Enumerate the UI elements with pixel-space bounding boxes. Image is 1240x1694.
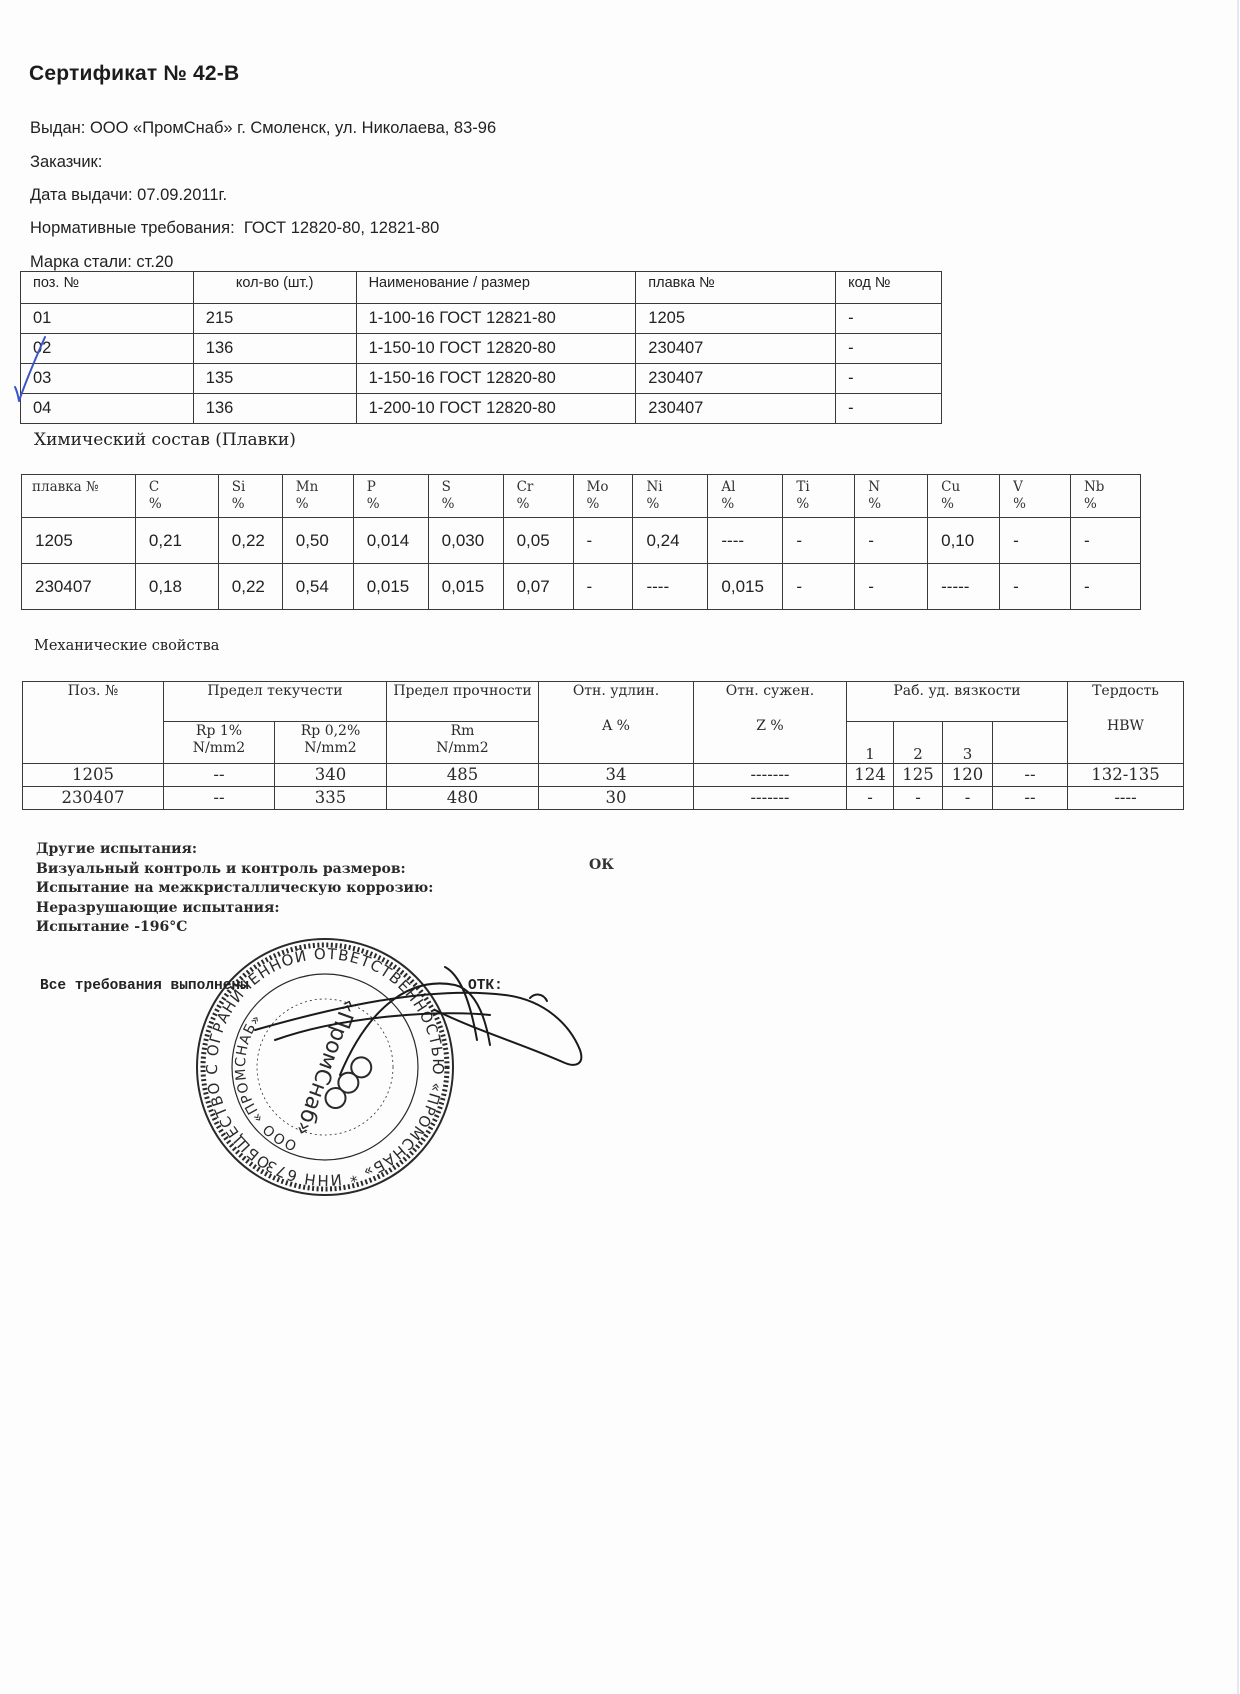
positions-table: поз. №кол-во (шт.)Наименование / размерп… <box>20 271 942 424</box>
chemistry-column-header: P% <box>353 475 428 518</box>
chemistry-column-header: Cu% <box>928 475 1000 518</box>
positions-cell: 1-100-16 ГОСТ 12821-80 <box>356 304 636 334</box>
visual-inspection: Визуальный контроль и контроль размеров: <box>36 860 433 880</box>
mechanical-table: Поз. № Предел текучести Предел прочности… <box>22 681 1184 810</box>
mechanical-cell: 124 <box>847 764 894 787</box>
chemistry-cell: 0,21 <box>135 518 218 564</box>
chemistry-cell: 0,014 <box>353 518 428 564</box>
chemistry-row: 2304070,180,220,540,0150,0150,07-----0,0… <box>22 564 1141 610</box>
visual-result: ОК <box>589 857 614 873</box>
chemistry-column-header: N% <box>855 475 928 518</box>
chemistry-cell: - <box>855 518 928 564</box>
header-pos: Поз. № <box>23 682 164 764</box>
mechanical-cell: - <box>894 787 943 810</box>
chemistry-row: 12050,210,220,500,0140,0300,05-0,24-----… <box>22 518 1141 564</box>
certificate-title: Сертификат № 42-В <box>29 62 239 86</box>
mechanical-cell: 132-135 <box>1068 764 1184 787</box>
positions-cell: 1205 <box>636 304 836 334</box>
header-rp1: Rp 1%N/mm2 <box>164 722 275 764</box>
header-impact-4 <box>993 722 1068 764</box>
positions-cell: - <box>836 364 942 394</box>
chemistry-column-header: Cr% <box>503 475 573 518</box>
positions-row: 041361-200-10 ГОСТ 12820-80230407- <box>21 394 942 424</box>
chemistry-cell: - <box>1070 518 1140 564</box>
positions-cell: 1-200-10 ГОСТ 12820-80 <box>356 394 636 424</box>
chemistry-title: Химический состав (Плавки) <box>34 430 296 450</box>
mechanical-cell: - <box>943 787 993 810</box>
positions-cell: 215 <box>193 304 356 334</box>
chemistry-cell: 0,015 <box>708 564 783 610</box>
header-impact-1: 1 <box>847 722 894 764</box>
scan-edge <box>1237 0 1239 1694</box>
mechanical-cell: -- <box>993 764 1068 787</box>
chemistry-cell: 0,10 <box>928 518 1000 564</box>
chemistry-cell: - <box>573 518 633 564</box>
corrosion-test: Испытание на межкристаллическую коррозию… <box>36 879 433 899</box>
chemistry-column-header: плавка № <box>22 475 136 518</box>
positions-row: 031351-150-16 ГОСТ 12820-80230407- <box>21 364 942 394</box>
mechanical-cell: -- <box>993 787 1068 810</box>
positions-cell: 136 <box>193 334 356 364</box>
header-tensile: Предел прочности <box>387 682 539 722</box>
header-rm: RmN/mm2 <box>387 722 539 764</box>
chemistry-cell: 0,54 <box>282 564 353 610</box>
header-impact-2: 2 <box>894 722 943 764</box>
chemistry-cell: - <box>1070 564 1140 610</box>
header-yield: Предел текучести <box>164 682 387 722</box>
mechanical-cell: 30 <box>539 787 694 810</box>
chemistry-cell: ---- <box>708 518 783 564</box>
mechanical-title: Механические свойства <box>34 638 219 654</box>
positions-cell: 230407 <box>636 364 836 394</box>
chemistry-cell: 0,24 <box>633 518 708 564</box>
customer: Заказчик: <box>30 153 102 172</box>
chemistry-column-header: Al% <box>708 475 783 518</box>
chemistry-cell: - <box>855 564 928 610</box>
chemistry-column-header: Ti% <box>783 475 855 518</box>
mechanical-cell: 120 <box>943 764 993 787</box>
chemistry-header-row: плавка №C%Si%Mn%P%S%Cr%Mo%Ni%Al%Ti%N%Cu%… <box>22 475 1141 518</box>
chemistry-column-header: Ni% <box>633 475 708 518</box>
mechanical-cell: ------- <box>694 787 847 810</box>
chemistry-cell: 0,22 <box>218 564 282 610</box>
header-elongation: Отн. удлин.A % <box>539 682 694 764</box>
chemistry-cell: 0,015 <box>353 564 428 610</box>
positions-cell: 1-150-16 ГОСТ 12820-80 <box>356 364 636 394</box>
positions-cell: - <box>836 394 942 424</box>
signature-icon <box>245 955 625 1095</box>
header-reduction: Отн. сужен.Z % <box>694 682 847 764</box>
chemistry-column-header: Nb% <box>1070 475 1140 518</box>
positions-column-header: Наименование / размер <box>356 272 636 304</box>
chemistry-cell: 0,05 <box>503 518 573 564</box>
mechanical-cell: 340 <box>275 764 387 787</box>
positions-column-header: кол-во (шт.) <box>193 272 356 304</box>
positions-cell: - <box>836 304 942 334</box>
mechanical-cell: 335 <box>275 787 387 810</box>
mechanical-cell: ------- <box>694 764 847 787</box>
chemistry-cell: - <box>1000 564 1071 610</box>
mechanical-cell: 230407 <box>23 787 164 810</box>
positions-cell: 135 <box>193 364 356 394</box>
chemistry-column-header: V% <box>1000 475 1071 518</box>
mechanical-cell: 480 <box>387 787 539 810</box>
positions-header-row: поз. №кол-во (шт.)Наименование / размерп… <box>21 272 942 304</box>
positions-cell: 1-150-10 ГОСТ 12820-80 <box>356 334 636 364</box>
otk-label: ОТК: <box>468 978 503 994</box>
positions-row: 012151-100-16 ГОСТ 12821-801205- <box>21 304 942 334</box>
chemistry-cell: - <box>783 564 855 610</box>
chemistry-table: плавка №C%Si%Mn%P%S%Cr%Mo%Ni%Al%Ti%N%Cu%… <box>21 474 1141 610</box>
chemistry-cell: 0,015 <box>428 564 503 610</box>
chemistry-column-header: S% <box>428 475 503 518</box>
chemistry-column-header: C% <box>135 475 218 518</box>
other-tests: Другие испытания: Визуальный контроль и … <box>36 840 433 938</box>
header-impact-3: 3 <box>943 722 993 764</box>
chemistry-column-header: Mo% <box>573 475 633 518</box>
header-hardness: ТердостьHBW <box>1068 682 1184 764</box>
positions-column-header: поз. № <box>21 272 194 304</box>
chemistry-cell: 0,030 <box>428 518 503 564</box>
header-rp02: Rp 0,2%N/mm2 <box>275 722 387 764</box>
positions-cell: 136 <box>193 394 356 424</box>
positions-cell: - <box>836 334 942 364</box>
ndt-test: Неразрушающие испытания: <box>36 899 433 919</box>
header-impact: Раб. уд. вязкости <box>847 682 1068 722</box>
other-tests-title: Другие испытания: <box>36 840 433 860</box>
chemistry-cell: - <box>783 518 855 564</box>
mechanical-cell: 34 <box>539 764 694 787</box>
handwritten-check-mark-icon <box>14 335 48 407</box>
mechanical-cell: ---- <box>1068 787 1184 810</box>
mechanical-cell: - <box>847 787 894 810</box>
positions-column-header: плавка № <box>636 272 836 304</box>
positions-cell: 01 <box>21 304 194 334</box>
all-requirements-met: Все требования выполнены <box>40 978 249 994</box>
issue-date: Дата выдачи: 07.09.2011г. <box>30 186 227 205</box>
chemistry-column-header: Si% <box>218 475 282 518</box>
positions-row: 021361-150-10 ГОСТ 12820-80230407- <box>21 334 942 364</box>
positions-column-header: код № <box>836 272 942 304</box>
mechanical-cell: 485 <box>387 764 539 787</box>
mechanical-row: 1205--34048534-------124125120--132-135 <box>23 764 1184 787</box>
issued-by: Выдан: ООО «ПромСнаб» г. Смоленск, ул. Н… <box>30 119 496 138</box>
mechanical-cell: 1205 <box>23 764 164 787</box>
chemistry-cell: 230407 <box>22 564 136 610</box>
chemistry-cell: - <box>1000 518 1071 564</box>
steel-grade: Марка стали: ст.20 <box>30 253 173 272</box>
mechanical-row: 230407--33548030---------------- <box>23 787 1184 810</box>
mechanical-cell: 125 <box>894 764 943 787</box>
mechanical-cell: -- <box>164 764 275 787</box>
chemistry-cell: - <box>573 564 633 610</box>
mechanical-cell: -- <box>164 787 275 810</box>
chemistry-cell: 1205 <box>22 518 136 564</box>
chemistry-cell: ---- <box>633 564 708 610</box>
chemistry-cell: 0,50 <box>282 518 353 564</box>
chemistry-cell: 0,22 <box>218 518 282 564</box>
standards: Нормативные требования: ГОСТ 12820-80, 1… <box>30 219 439 238</box>
positions-cell: 230407 <box>636 394 836 424</box>
chemistry-cell: ----- <box>928 564 1000 610</box>
chemistry-column-header: Mn% <box>282 475 353 518</box>
chemistry-cell: 0,07 <box>503 564 573 610</box>
chemistry-cell: 0,18 <box>135 564 218 610</box>
positions-cell: 230407 <box>636 334 836 364</box>
